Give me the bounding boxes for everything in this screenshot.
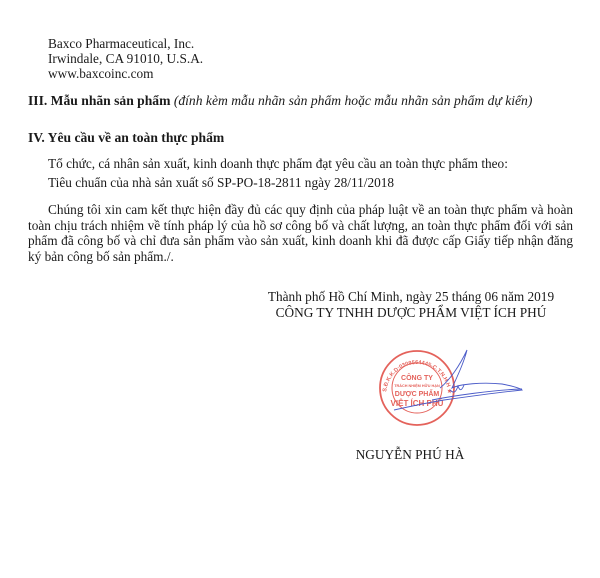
svg-text:DƯỢC PHẨM: DƯỢC PHẨM (395, 389, 440, 398)
section-iii-heading: III. Mẫu nhãn sản phẩm (đính kèm mẫu nhã… (28, 93, 532, 108)
manufacturer-address: Irwindale, CA 91010, U.S.A. (48, 51, 203, 66)
manufacturer-standard-line: Tiêu chuẩn của nhà sản xuất số SP-PO-18-… (48, 175, 394, 190)
section-iii-note: (đính kèm mẫu nhãn sản phẩm hoặc mẫu nhã… (174, 93, 533, 108)
svg-text:TRÁCH NHIỆM HỮU HẠN: TRÁCH NHIỆM HỮU HẠN (394, 383, 440, 388)
company-stamp-and-signature: S.Đ.K.K.D:0309564445-C.T.N.H.H ★ QUẬN 10… (372, 340, 532, 440)
svg-text:VIỆT ÍCH PHÚ: VIỆT ÍCH PHÚ (391, 399, 444, 408)
safety-requirement-line: Tổ chức, cá nhân sản xuất, kinh doanh th… (48, 156, 508, 171)
commitment-text: Chúng tôi xin cam kết thực hiện đầy đủ c… (28, 202, 573, 264)
manufacturer-name: Baxco Pharmaceutical, Inc. (48, 36, 194, 51)
company-name: CÔNG TY TNHH DƯỢC PHẨM VIỆT ÍCH PHÚ (256, 305, 566, 320)
place-date: Thành phố Hồ Chí Minh, ngày 25 tháng 06 … (256, 289, 566, 304)
svg-text:CÔNG TY: CÔNG TY (401, 373, 433, 382)
signer-name: NGUYỄN PHÚ HÀ (345, 447, 475, 462)
manufacturer-website: www.baxcoinc.com (48, 66, 153, 81)
commitment-paragraph: Chúng tôi xin cam kết thực hiện đầy đủ c… (28, 202, 573, 264)
section-iii-title: III. Mẫu nhãn sản phẩm (28, 93, 170, 108)
company-stamp-icon: S.Đ.K.K.D:0309564445-C.T.N.H.H ★ QUẬN 10… (372, 340, 454, 425)
section-iv-heading: IV. Yêu cầu về an toàn thực phẩm (28, 130, 224, 145)
